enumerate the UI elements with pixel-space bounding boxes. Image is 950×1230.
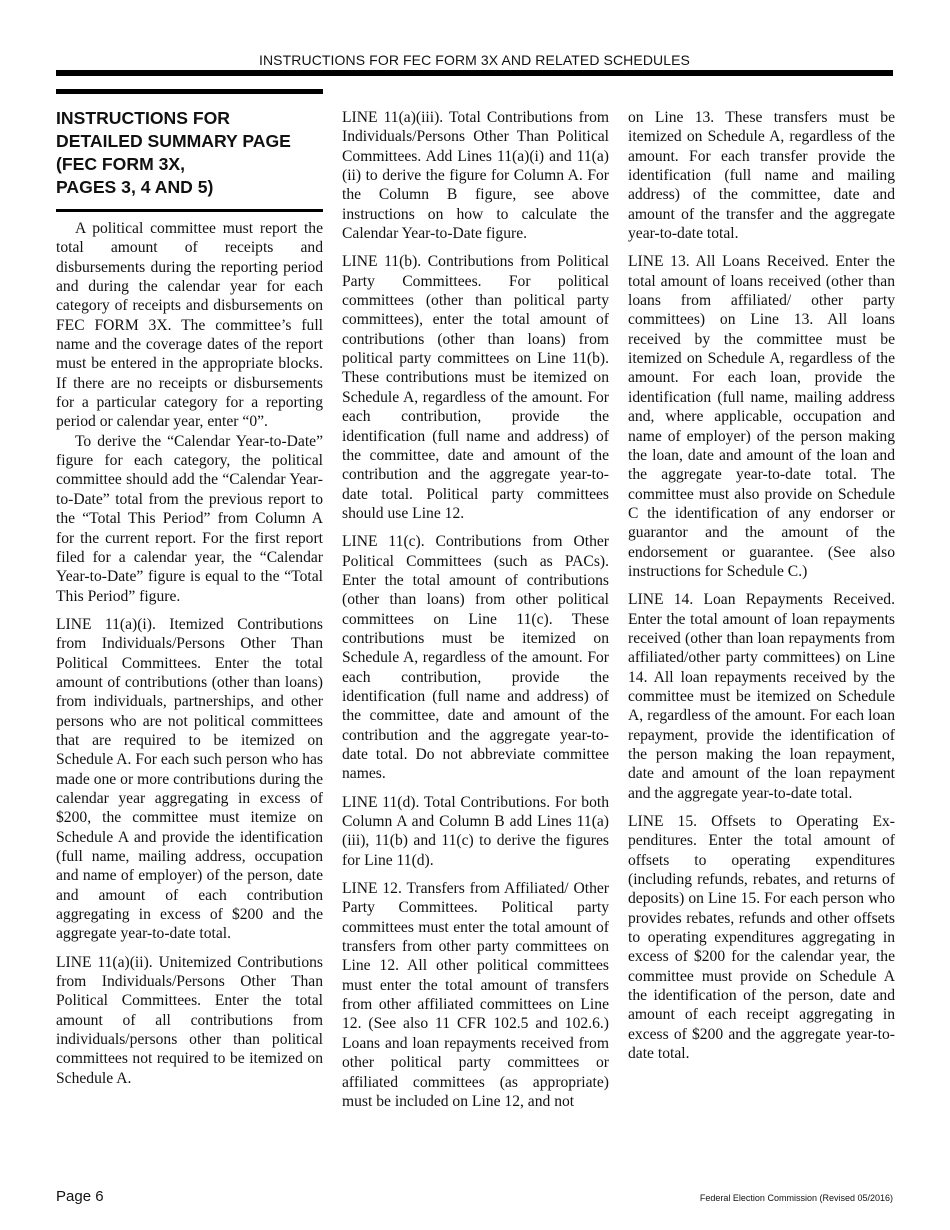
header-rule (56, 70, 893, 76)
running-header-title: INSTRUCTIONS FOR FEC FORM 3X AND RELATED… (56, 52, 893, 68)
line-11c-paragraph: LINE 11(c). Contributions from Other Pol… (342, 532, 609, 783)
section-title-line: INSTRUCTIONS FOR (56, 108, 230, 128)
line-11aiii-paragraph: LINE 11(a)(iii). Total Contributions fro… (342, 108, 609, 243)
section-title: INSTRUCTIONS FOR DETAILED SUMMARY PAGE (… (56, 107, 323, 199)
section-title-line: DETAILED SUMMARY PAGE (56, 131, 291, 151)
section-title-line: (FEC FORM 3X, (56, 154, 185, 174)
column-right: on Line 13. These transfers must be item… (628, 108, 895, 1073)
section-title-rule (56, 209, 323, 212)
page-number: Page 6 (56, 1188, 104, 1205)
section-top-rule (56, 89, 323, 94)
line-15-paragraph: LINE 15. Offsets to Operating Ex­penditu… (628, 812, 895, 1063)
section-title-line: PAGES 3, 4 AND 5) (56, 177, 213, 197)
line-13-paragraph: LINE 13. All Loans Received. Enter the t… (628, 252, 895, 581)
intro-paragraph: A political committee must report the to… (56, 219, 323, 432)
line-11d-paragraph: LINE 11(d). Total Contributions. For bot… (342, 793, 609, 870)
line-11b-paragraph: LINE 11(b). Contributions from Po­litica… (342, 252, 609, 523)
column-left: INSTRUCTIONS FOR DETAILED SUMMARY PAGE (… (56, 107, 323, 1097)
line-11ai-paragraph: LINE 11(a)(i). Itemized Contribu­tions f… (56, 615, 323, 944)
line-14-paragraph: LINE 14. Loan Repayments Re­ceived. Ente… (628, 590, 895, 803)
column-middle: LINE 11(a)(iii). Total Contributions fro… (342, 108, 609, 1120)
line-12-paragraph: LINE 12. Transfers from Affiliated/ Othe… (342, 879, 609, 1111)
line-11aii-paragraph: LINE 11(a)(ii). Unitemized Contribu­tion… (56, 953, 323, 1088)
line-12-continued-paragraph: on Line 13. These transfers must be item… (628, 108, 895, 243)
calendar-ytd-paragraph: To derive the “Calendar Year-to-Date” fi… (56, 432, 323, 606)
footer-credit: Federal Election Commission (Revised 05/… (700, 1193, 893, 1203)
